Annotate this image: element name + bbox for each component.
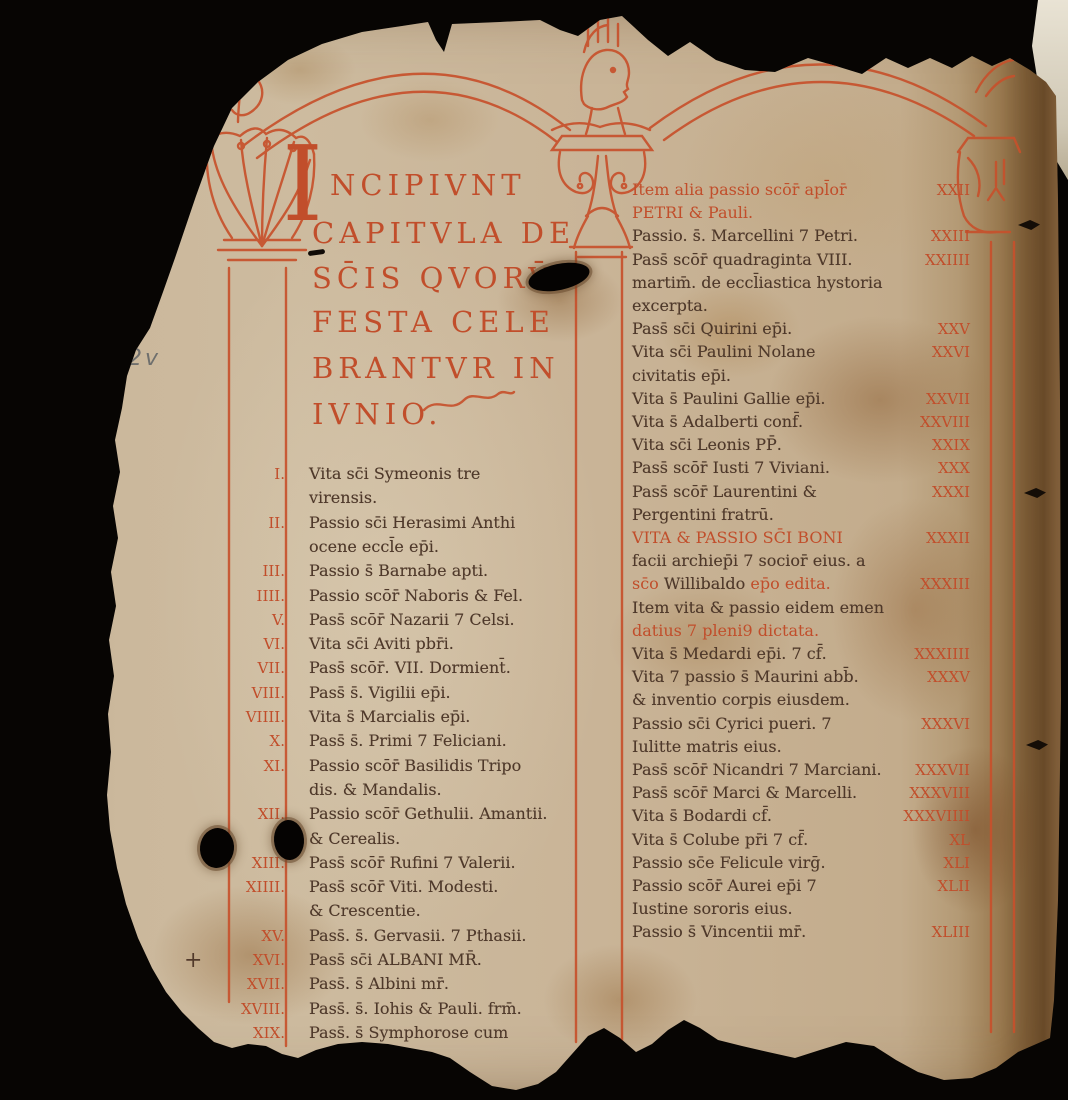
corner-ornament (976, 34, 1022, 96)
entry-text: Pass̄ sc̄i ALBANI MR̄. (309, 950, 482, 969)
entry-text: Vita s̄ Marcialis ep̄i. (309, 707, 470, 726)
entry-text: Pass̄. s̄. Gervasii. 7 Pthasii. (309, 926, 527, 945)
entry-text: Pass̄ scōr̄ Viti. Modesti. (309, 877, 498, 896)
chapter-numeral: XIX. (223, 1022, 285, 1044)
chapter-number: XXIII (846, 225, 970, 247)
left-entry-line: XV.Pass̄. s̄. Gervasii. 7 Pthasii. (223, 925, 527, 947)
chapter-number: XXXVII (846, 759, 970, 781)
entry-text: Passio sc̄e Felicule virḡ. (632, 853, 826, 872)
entry-text: Pass̄. s̄ Symphorose cum (309, 1023, 508, 1042)
chapter-number: XXIIII (846, 249, 970, 271)
entry-text: Pass̄ scōr̄ Marci & Marcelli. (632, 783, 857, 802)
entry-text-segment: Pergentini fratrū. (632, 505, 774, 524)
chapter-number: XXII (846, 179, 970, 201)
entry-text: Vita sc̄i Symeonis tre (309, 464, 480, 483)
left-entry-line: XI.Passio scōr̄ Basilidis Tripo (223, 755, 521, 777)
left-entry-line: & Cerealis. (223, 828, 400, 850)
left-entry-line: XIIII.Pass̄ scōr̄ Viti. Modesti. (223, 876, 498, 898)
entry-text: Pass̄ s̄. Primi 7 Feliciani. (309, 731, 507, 750)
entry-text-segment: & inventio corpis eiusdem. (632, 690, 850, 709)
entry-text: Passio sc̄i Cyrici pueri. 7 (632, 714, 832, 733)
left-entry-line: V.Pass̄ scōr̄ Nazarii 7 Celsi. (223, 609, 515, 631)
entry-text: Vita s̄ Medardi ep̄i. 7 cf̄. (632, 644, 827, 663)
left-entry-line: IIII.Passio scōr̄ Naboris & Fel. (223, 585, 523, 607)
entry-text: septem filiis s (309, 1047, 421, 1066)
left-entry-line: septem filiis s (223, 1046, 421, 1068)
chapter-number: XXXVIII (846, 782, 970, 804)
chapter-number: XXIX (846, 434, 970, 456)
entry-text: sc̄o Willibaldo ep̄o edita. (632, 574, 831, 593)
right-entry-line: martim̄. de eccl̄iastica hystoria (632, 272, 882, 294)
entry-text: Iulitte matris eius. (632, 737, 782, 756)
entry-text: Pass̄ s̄. Vigilii ep̄i. (309, 683, 451, 702)
chapter-numeral: XVI. (223, 949, 285, 971)
chapter-number: XXXI (846, 481, 970, 503)
entry-text-segment: VITA & PASSIO SC̄I BONI (632, 528, 843, 547)
entry-text: VITA & PASSIO SC̄I BONI (632, 528, 843, 547)
entry-text: Vita sc̄i Aviti pbr̄i. (309, 634, 454, 653)
entry-text: Pass̄ scōr̄ Nazarii 7 Celsi. (309, 610, 515, 629)
entry-text: Pass̄ scōr̄ quadraginta VIII. (632, 250, 852, 269)
right-entry-line: Pass̄ scōr̄ quadraginta VIII.XXIIII (632, 249, 852, 271)
left-entry-line: XVIII.Pass̄. s̄. Iohis & Pauli. frm̄. (223, 998, 522, 1020)
chapter-numeral: V. (223, 609, 285, 631)
left-entry-line: & Crescentie. (223, 900, 421, 922)
entry-text-segment: Vita 7 passio s̄ Maurini abb̄. (632, 667, 859, 686)
chapter-number: XL (846, 829, 970, 851)
entry-text: virensis. (309, 488, 377, 507)
entry-text: Pass̄ sc̄i Quirini ep̄i. (632, 319, 792, 338)
right-entry-line: Pass̄ scōr̄ Nicandri 7 Marciani.XXXVII (632, 759, 882, 781)
entry-text: Pergentini fratrū. (632, 505, 774, 524)
chapter-number: XXXII (846, 527, 970, 549)
right-entry-line: Passio s̄ Vincentii mr̄.XLIII (632, 921, 806, 943)
chapter-number: XXXVI (846, 713, 970, 735)
entry-text-segment: datius 7 pleni9 dictata. (632, 621, 819, 640)
chapter-number: XLIII (846, 921, 970, 943)
entry-text: Pass̄ sc̄i (309, 1072, 372, 1091)
entry-text-segment: Vita s̄ Paulini Gallie ep̄i. (632, 389, 826, 408)
chapter-numeral: III. (223, 560, 285, 582)
left-entry-line: VIIII.Vita s̄ Marcialis ep̄i. (223, 706, 470, 728)
manuscript-photograph: I NCIPIVNT CAPITVLA DE SC̄IS QVORV̄ FEST… (0, 0, 1068, 1100)
entry-text-segment: sc̄o (632, 574, 664, 593)
left-entry-line: XIX.Pass̄. s̄ Symphorose cum (223, 1022, 508, 1044)
entry-text: Vita sc̄i Leonis PP̄. (632, 435, 782, 454)
right-entry-line: civitatis ep̄i. (632, 365, 731, 387)
right-entry-line: Pass̄ scōr̄ Laurentini &XXXI (632, 481, 817, 503)
entry-text: Passio sc̄i Herasimi Anthi (309, 513, 515, 532)
entry-text-segment: Willibaldo (664, 574, 751, 593)
right-entry-line: Pass̄ scōr̄ Iusti 7 Viviani.XXX (632, 457, 830, 479)
chapter-numeral: XI. (223, 755, 285, 777)
entry-text: Pass̄ scōr̄ Iusti 7 Viviani. (632, 458, 830, 477)
chapter-number: XXVII (846, 388, 970, 410)
chapter-numeral: XVIII. (223, 998, 285, 1020)
marginal-cross-mark: + (184, 948, 202, 973)
right-entry-line: sc̄o Willibaldo ep̄o edita.XXXIII (632, 573, 831, 595)
entry-text: Pass̄. s̄ Albini mr̄. (309, 974, 449, 993)
chapter-numeral: VII. (223, 657, 285, 679)
chapter-number: XXXIIII (846, 643, 970, 665)
entry-text-segment: Pass̄ scōr̄ Marci & Marcelli. (632, 783, 857, 802)
entry-text: Vita s̄ Colube pr̄i 7 cf̄. (632, 830, 808, 849)
right-arch (650, 64, 986, 128)
left-entry-line: VI.Vita sc̄i Aviti pbr̄i. (223, 633, 454, 655)
right-entry-line: Passio. s̄. Marcellini 7 Petri.XXIII (632, 225, 858, 247)
right-entry-line: Passio sc̄e Felicule virḡ.XLI (632, 852, 826, 874)
left-entry-line: XVI.Pass̄ sc̄i ALBANI MR̄. (223, 949, 482, 971)
title-line: FESTA CELE (312, 305, 555, 339)
entry-text-segment: Passio sc̄i Cyrici pueri. 7 (632, 714, 832, 733)
left-entry-line: II.Passio sc̄i Herasimi Anthi (223, 512, 515, 534)
left-entry-line: dis. & Mandalis. (223, 779, 442, 801)
right-entry-line: Vita sc̄i Leonis PP̄.XXIX (632, 434, 782, 456)
entry-text: Passio scōr̄ Naboris & Fel. (309, 586, 523, 605)
parchment-leaf: I NCIPIVNT CAPITVLA DE SC̄IS QVORV̄ FEST… (0, 0, 1068, 1100)
entry-text: dis. & Mandalis. (309, 780, 442, 799)
right-entry-line: Vita 7 passio s̄ Maurini abb̄.XXXV (632, 666, 859, 688)
title-line: IVNIO. (312, 397, 443, 431)
right-entry-line: Item alia passio scōr̄ apl̄or̄XXII (632, 179, 847, 201)
entry-text: Vita s̄ Paulini Gallie ep̄i. (632, 389, 826, 408)
entry-text: datius 7 pleni9 dictata. (632, 621, 819, 640)
entry-text: Pass̄ scōr̄. VII. Dormient̄. (309, 658, 511, 677)
entry-text: excerpta. (632, 296, 708, 315)
entry-text: Passio s̄ Vincentii mr̄. (632, 922, 806, 941)
chapter-numeral: VIIII. (223, 706, 285, 728)
entry-text: Passio scōr̄ Aurei ep̄i 7 (632, 876, 817, 895)
entry-text-segment: Vita sc̄i Paulini Nolane (632, 342, 816, 361)
entry-text: ocene eccl̄e ep̄i. (309, 537, 439, 556)
chapter-numeral: II. (223, 512, 285, 534)
left-entry-line: Pass̄ sc̄i (223, 1071, 372, 1093)
entry-text-segment: Iustine sororis eius. (632, 899, 793, 918)
entry-text-segment: civitatis ep̄i. (632, 366, 731, 385)
chapter-number: XXX (846, 457, 970, 479)
entry-text-segment: PETRI & Pauli. (632, 203, 753, 222)
title-line: CAPITVLA DE (312, 216, 575, 250)
entry-text-segment: facii archiep̄i 7 socior̄ eius. a (632, 551, 866, 570)
right-entry-line: facii archiep̄i 7 socior̄ eius. a (632, 550, 866, 572)
entry-text-segment: Vita s̄ Adalberti conf̄. (632, 412, 803, 431)
entry-text: & Crescentie. (309, 901, 421, 920)
left-entry-line: VII.Pass̄ scōr̄. VII. Dormient̄. (223, 657, 511, 679)
left-entry-line: VIII.Pass̄ s̄. Vigilii ep̄i. (223, 682, 451, 704)
entry-text: Pass̄. s̄. Iohis & Pauli. frm̄. (309, 999, 522, 1018)
entry-text: Vita s̄ Bodardi cf̄. (632, 806, 772, 825)
left-entry-line: X.Pass̄ s̄. Primi 7 Feliciani. (223, 730, 507, 752)
folio-number: 2v (128, 346, 161, 371)
entry-text-segment: Item vita & passio eidem emen (632, 598, 884, 617)
chapter-numeral: XV. (223, 925, 285, 947)
chapter-number: XXXVIIII (846, 805, 970, 827)
entry-text-segment: martim̄. de eccl̄iastica hystoria (632, 273, 882, 292)
entry-text: martim̄. de eccl̄iastica hystoria (632, 273, 882, 292)
entry-text: Passio scōr̄ Basilidis Tripo (309, 756, 521, 775)
entry-text-segment: ep̄o edita. (750, 574, 830, 593)
entry-text: Pass̄ scōr̄ Nicandri 7 Marciani. (632, 760, 882, 779)
chapter-numeral: VI. (223, 633, 285, 655)
entry-text: Passio. s̄. Marcellini 7 Petri. (632, 226, 858, 245)
chapter-numeral: VIII. (223, 682, 285, 704)
entry-text: Passio s̄ Barnabe apti. (309, 561, 488, 580)
entry-text: Pass̄ scōr̄ Laurentini & (632, 482, 817, 501)
right-entry-line: Passio scōr̄ Aurei ep̄i 7XLII (632, 875, 817, 897)
entry-text-segment: Vita s̄ Bodardi cf̄. (632, 806, 772, 825)
right-entry-line: VITA & PASSIO SC̄I BONIXXXII (632, 527, 843, 549)
right-entry-line: Vita sc̄i Paulini NolaneXXVI (632, 341, 816, 363)
chapter-number: XXXIII (846, 573, 970, 595)
entry-text-segment: Pass̄ scōr̄ Iusti 7 Viviani. (632, 458, 830, 477)
entry-text-segment: Pass̄ scōr̄ Laurentini & (632, 482, 817, 501)
left-entry-line: I.Vita sc̄i Symeonis tre (223, 463, 480, 485)
entry-text-segment: Vita s̄ Medardi ep̄i. 7 cf̄. (632, 644, 827, 663)
right-entry-line: & inventio corpis eiusdem. (632, 689, 850, 711)
entry-text-segment: excerpta. (632, 296, 708, 315)
entry-text: Pass̄ scōr̄ Rufini 7 Valerii. (309, 853, 516, 872)
right-entry-line: Vita s̄ Paulini Gallie ep̄i.XXVII (632, 388, 826, 410)
entry-text-segment: Vita sc̄i Leonis PP̄. (632, 435, 782, 454)
entry-text-segment: Item alia passio scōr̄ apl̄or̄ (632, 180, 847, 199)
title-line: SC̄IS QVORV̄ (312, 261, 554, 295)
left-entry-line: III.Passio s̄ Barnabe apti. (223, 560, 488, 582)
right-entry-line: Vita s̄ Colube pr̄i 7 cf̄.XL (632, 829, 808, 851)
chapter-numeral: X. (223, 730, 285, 752)
chapter-number: XLI (846, 852, 970, 874)
chapter-number: XXXV (846, 666, 970, 688)
right-entry-line: Pergentini fratrū. (632, 504, 774, 526)
right-entry-line: Item vita & passio eidem emen (632, 597, 884, 619)
entry-text: facii archiep̄i 7 socior̄ eius. a (632, 551, 866, 570)
entry-text: Item alia passio scōr̄ apl̄or̄ (632, 180, 847, 199)
right-entry-line: Pass̄ sc̄i Quirini ep̄i.XXV (632, 318, 792, 340)
entry-text: Vita sc̄i Paulini Nolane (632, 342, 816, 361)
left-entry-line: XIII.Pass̄ scōr̄ Rufini 7 Valerii. (223, 852, 516, 874)
entry-text-segment: Pass̄ scōr̄ Nicandri 7 Marciani. (632, 760, 882, 779)
title-line: NCIPIVNT (330, 168, 526, 202)
title-line: BRANTVR IN (312, 351, 560, 385)
chapter-numeral: IIII. (223, 585, 285, 607)
chapter-numeral: XVII. (223, 973, 285, 995)
right-entry-line: Vita s̄ Adalberti conf̄.XXVIII (632, 411, 803, 433)
entry-text: civitatis ep̄i. (632, 366, 731, 385)
creature-sketch (174, 75, 262, 138)
entry-text-segment: Pass̄ sc̄i Quirini ep̄i. (632, 319, 792, 338)
entry-text: Vita s̄ Adalberti conf̄. (632, 412, 803, 431)
entry-text: & inventio corpis eiusdem. (632, 690, 850, 709)
entry-text-segment: Passio sc̄e Felicule virḡ. (632, 853, 826, 872)
entry-text: Item vita & passio eidem emen (632, 598, 884, 617)
entry-text-segment: Pass̄ scōr̄ quadraginta VIII. (632, 250, 852, 269)
left-entry-line: ocene eccl̄e ep̄i. (223, 536, 439, 558)
right-entry-line: Vita s̄ Medardi ep̄i. 7 cf̄.XXXIIII (632, 643, 827, 665)
right-entry-line: Pass̄ scōr̄ Marci & Marcelli.XXXVIII (632, 782, 857, 804)
left-entry-line: XII.Passio scōr̄ Gethulii. Amantii. (223, 803, 548, 825)
entry-text-segment: Passio s̄ Vincentii mr̄. (632, 922, 806, 941)
entry-text: Passio scōr̄ Gethulii. Amantii. (309, 804, 548, 823)
left-entry-line: XVII.Pass̄. s̄ Albini mr̄. (223, 973, 449, 995)
entry-text: Iustine sororis eius. (632, 899, 793, 918)
right-entry-line: Iustine sororis eius. (632, 898, 793, 920)
chapter-number: XLII (846, 875, 970, 897)
entry-text: & Cerealis. (309, 829, 400, 848)
chapter-number: XXVI (846, 341, 970, 363)
right-entry-line: Passio sc̄i Cyrici pueri. 7XXXVI (632, 713, 832, 735)
chapter-numeral: XII. (223, 803, 285, 825)
right-entry-line: excerpta. (632, 295, 708, 317)
right-entry-line: Iulitte matris eius. (632, 736, 782, 758)
chapter-numeral: I. (223, 463, 285, 485)
right-entry-line: PETRI & Pauli. (632, 202, 753, 224)
left-entry-line: virensis. (223, 487, 377, 509)
chapter-numeral: XIIII. (223, 876, 285, 898)
profile-head-drawing (581, 18, 629, 134)
entry-text: Vita 7 passio s̄ Maurini abb̄. (632, 667, 859, 686)
entry-text-segment: Iulitte matris eius. (632, 737, 782, 756)
entry-text-segment: Passio. s̄. Marcellini 7 Petri. (632, 226, 858, 245)
entry-text-segment: Vita s̄ Colube pr̄i 7 cf̄. (632, 830, 808, 849)
right-entry-line: datius 7 pleni9 dictata. (632, 620, 819, 642)
entry-text: PETRI & Pauli. (632, 203, 753, 222)
right-entry-line: Vita s̄ Bodardi cf̄.XXXVIIII (632, 805, 772, 827)
chapter-number: XXV (846, 318, 970, 340)
entry-text-segment: Passio scōr̄ Aurei ep̄i 7 (632, 876, 817, 895)
chapter-number: XXVIII (846, 411, 970, 433)
